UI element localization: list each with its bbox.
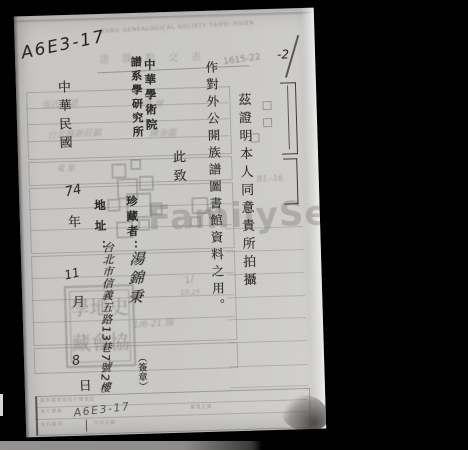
next-frame-edge	[0, 441, 262, 450]
watermark-square	[130, 159, 141, 170]
seal-char: 協	[110, 333, 130, 353]
handwritten-signature: 湯錦秉	[127, 251, 144, 308]
footer-illegible-row2-label: 捲片號碼	[41, 410, 63, 415]
pen-bracket-mark	[283, 158, 298, 204]
watermark-square	[107, 198, 120, 211]
watermark-square	[191, 197, 208, 214]
faint-form-line	[228, 317, 306, 320]
watermark-square	[111, 163, 126, 178]
org-name-line2: 譜系學研究所	[130, 56, 143, 140]
watermark-square	[139, 175, 154, 190]
org-name-line1: 中華學術院	[143, 58, 157, 133]
watermark-square	[149, 202, 162, 215]
faint-form-line	[229, 340, 307, 343]
paper-crease	[14, 12, 314, 24]
footer-illegible-row2-right: 攝製記錄	[190, 406, 212, 411]
film-edge-sliver	[0, 394, 3, 416]
faint-form-line	[227, 295, 305, 298]
faint-checkbox	[250, 133, 259, 142]
faint-checkbox	[262, 101, 271, 110]
handwritten-month: 11	[63, 266, 81, 281]
watermark-square	[190, 216, 201, 227]
microfilm-frame: KUNG GENEALOGICAL SOCIETY TAIPEI HSIEN 譜…	[0, 0, 468, 450]
faint-scribble: 10.25	[180, 289, 200, 297]
corner-pen-note: -2	[277, 48, 289, 60]
film-header-text: KUNG GENEALOGICAL SOCIETY TAIPEI HSIEN	[101, 21, 254, 35]
year-suffix: 年	[66, 215, 79, 228]
signature-note: （簽章）	[136, 353, 147, 391]
paper-left-shadow	[14, 16, 30, 437]
scanned-document: KUNG GENEALOGICAL SOCIETY TAIPEI HSIEN 譜…	[14, 8, 326, 438]
statement-salutation: 此致	[171, 150, 185, 188]
footer-illegible-row3-right: 內容記載	[94, 422, 116, 427]
month-suffix: 月	[70, 295, 83, 308]
catalog-code-top: A6E3-17	[20, 29, 107, 63]
faint-scribble: 蒐 集	[56, 165, 75, 174]
seal-char: 藏	[71, 334, 91, 354]
faint-form-line	[229, 364, 307, 367]
faint-checkbox	[263, 118, 272, 127]
familysearch-watermark: FamilySearch	[147, 191, 326, 239]
footer-illegible-row3-left: 資料類別	[41, 423, 63, 428]
day-suffix: 日	[77, 378, 90, 391]
faint-form-line	[226, 249, 304, 252]
statement-line1: 茲證明本人同意貴所拍攝	[236, 93, 255, 291]
handwritten-year: 74	[64, 183, 83, 199]
faint-scribble: B1.-16	[257, 175, 283, 184]
date-era: 中華民國	[56, 80, 71, 154]
keeper-label: 珍藏者：	[125, 195, 138, 255]
handwritten-address: 台北市信義五路13巷7號2樓	[99, 242, 113, 395]
faint-form-line	[227, 272, 305, 275]
